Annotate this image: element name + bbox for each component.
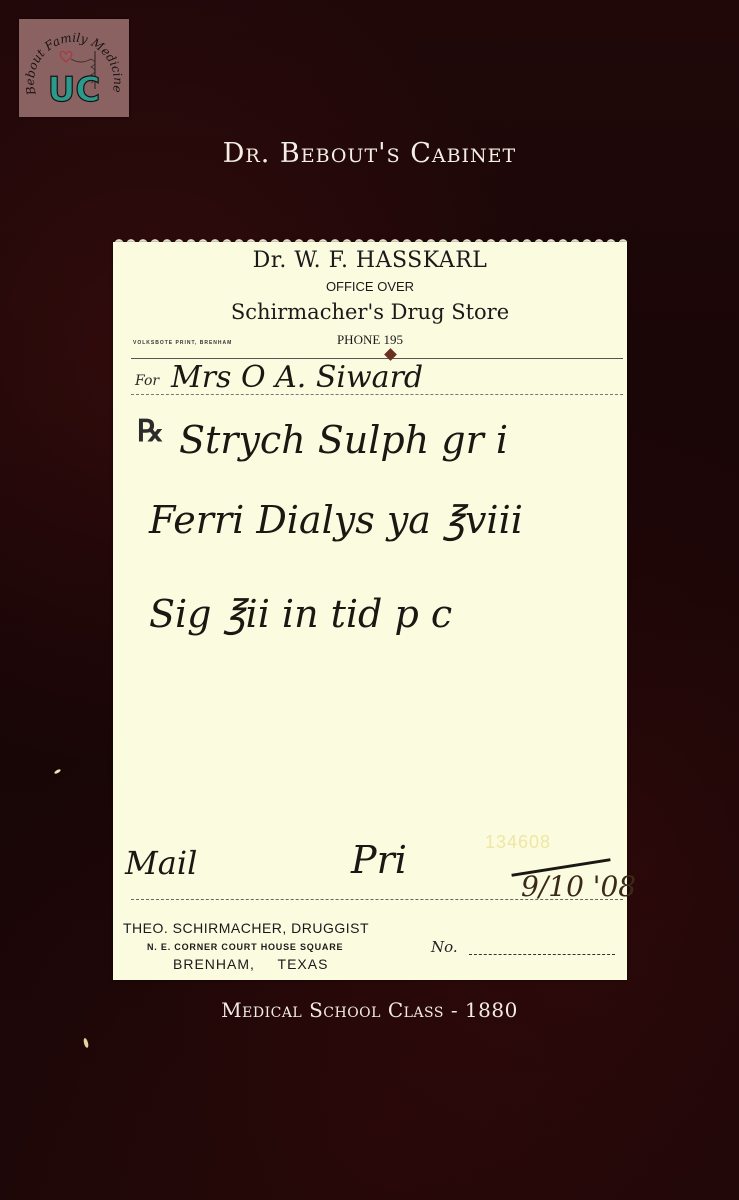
logo-emblem-icon: Bebout Family Medicine UC xyxy=(19,19,129,117)
background-speck xyxy=(54,768,62,774)
signature-left: Mail xyxy=(125,844,197,882)
signature-right: Pri xyxy=(351,838,407,882)
signature-rule xyxy=(131,899,623,900)
image-caption: Medical School Class - 1880 xyxy=(0,998,739,1022)
rx-line-3: Sig ℥ii in tid p c xyxy=(149,592,452,636)
letterhead-office-over: OFFICE OVER xyxy=(113,279,627,294)
footer-city-state: BRENHAM, TEXAS xyxy=(173,956,328,972)
rx-symbol-icon: ℞ xyxy=(137,414,164,449)
footer-address: N. E. CORNER COURT HOUSE SQUARE xyxy=(147,942,343,952)
rx-line-1: Strych Sulph gr i xyxy=(179,418,508,462)
printer-credit: VOLKSBOTE PRINT, BRENHAM xyxy=(133,340,232,346)
number-field-line xyxy=(469,954,615,955)
bebout-family-medicine-logo[interactable]: Bebout Family Medicine UC xyxy=(19,19,129,117)
footer-druggist: THEO. SCHIRMACHER, DRUGGIST xyxy=(123,920,369,936)
patient-name: Mrs O A. Siward xyxy=(171,360,423,395)
footer-state: TEXAS xyxy=(278,956,329,972)
prescription-slip: Dr. W. F. HASSKARL OFFICE OVER Schirmach… xyxy=(113,242,627,980)
patient-rule xyxy=(131,394,623,395)
site-title: Dr. Bebout's Cabinet xyxy=(0,138,739,169)
header-rule xyxy=(131,358,623,359)
rx-line-2: Ferri Dialys ya ℥viii xyxy=(149,498,523,542)
background-speck xyxy=(83,1038,89,1049)
footer-city: BRENHAM, xyxy=(173,956,255,972)
letterhead-doctor: Dr. W. F. HASSKARL xyxy=(113,248,627,273)
number-label: No. xyxy=(431,938,458,956)
logo-monogram: UC xyxy=(48,70,101,110)
letterhead-store: Schirmacher's Drug Store xyxy=(113,300,627,324)
for-label: For xyxy=(135,373,159,389)
serial-stamp: 134608 xyxy=(485,832,551,853)
